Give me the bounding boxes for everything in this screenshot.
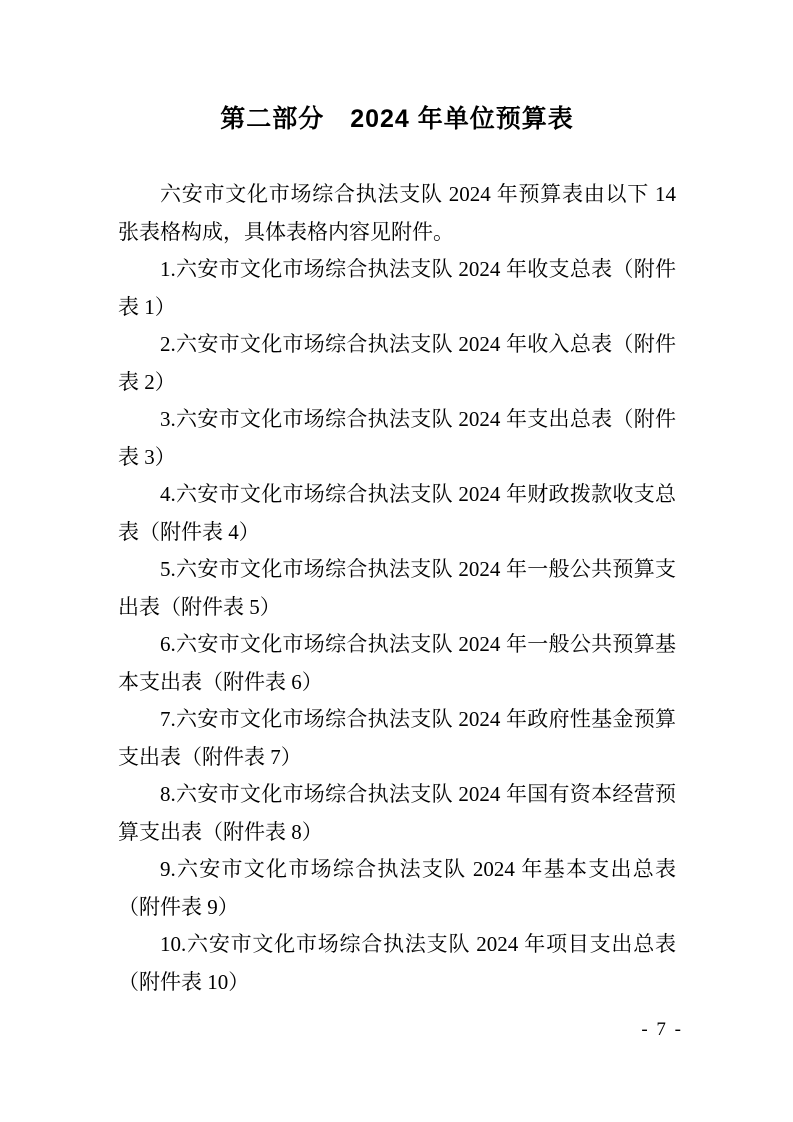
list-item-8: 8.六安市文化市场综合执法支队 2024 年国有资本经营预算支出表（附件表 8） — [118, 776, 676, 851]
list-item-1: 1.六安市文化市场综合执法支队 2024 年收支总表（附件表 1） — [118, 251, 676, 326]
document-body: 六安市文化市场综合执法支队 2024 年预算表由以下 14 张表格构成，具体表格… — [118, 176, 676, 1001]
list-item-2: 2.六安市文化市场综合执法支队 2024 年收入总表（附件表 2） — [118, 326, 676, 401]
intro-paragraph: 六安市文化市场综合执法支队 2024 年预算表由以下 14 张表格构成，具体表格… — [118, 176, 676, 251]
page-number: - 7 - — [641, 1018, 683, 1042]
document-content: 第二部分 2024 年单位预算表 六安市文化市场综合执法支队 2024 年预算表… — [118, 0, 676, 1001]
document-page: 第二部分 2024 年单位预算表 六安市文化市场综合执法支队 2024 年预算表… — [0, 0, 793, 1122]
list-item-3: 3.六安市文化市场综合执法支队 2024 年支出总表（附件表 3） — [118, 401, 676, 476]
list-item-5: 5.六安市文化市场综合执法支队 2024 年一般公共预算支出表（附件表 5） — [118, 551, 676, 626]
list-item-7: 7.六安市文化市场综合执法支队 2024 年政府性基金预算支出表（附件表 7） — [118, 701, 676, 776]
list-item-6: 6.六安市文化市场综合执法支队 2024 年一般公共预算基本支出表（附件表 6） — [118, 626, 676, 701]
page-title: 第二部分 2024 年单位预算表 — [118, 103, 676, 135]
list-item-9: 9.六安市文化市场综合执法支队 2024 年基本支出总表（附件表 9） — [118, 851, 676, 926]
list-item-4: 4.六安市文化市场综合执法支队 2024 年财政拨款收支总表（附件表 4） — [118, 476, 676, 551]
list-item-10: 10.六安市文化市场综合执法支队 2024 年项目支出总表（附件表 10） — [118, 926, 676, 1001]
